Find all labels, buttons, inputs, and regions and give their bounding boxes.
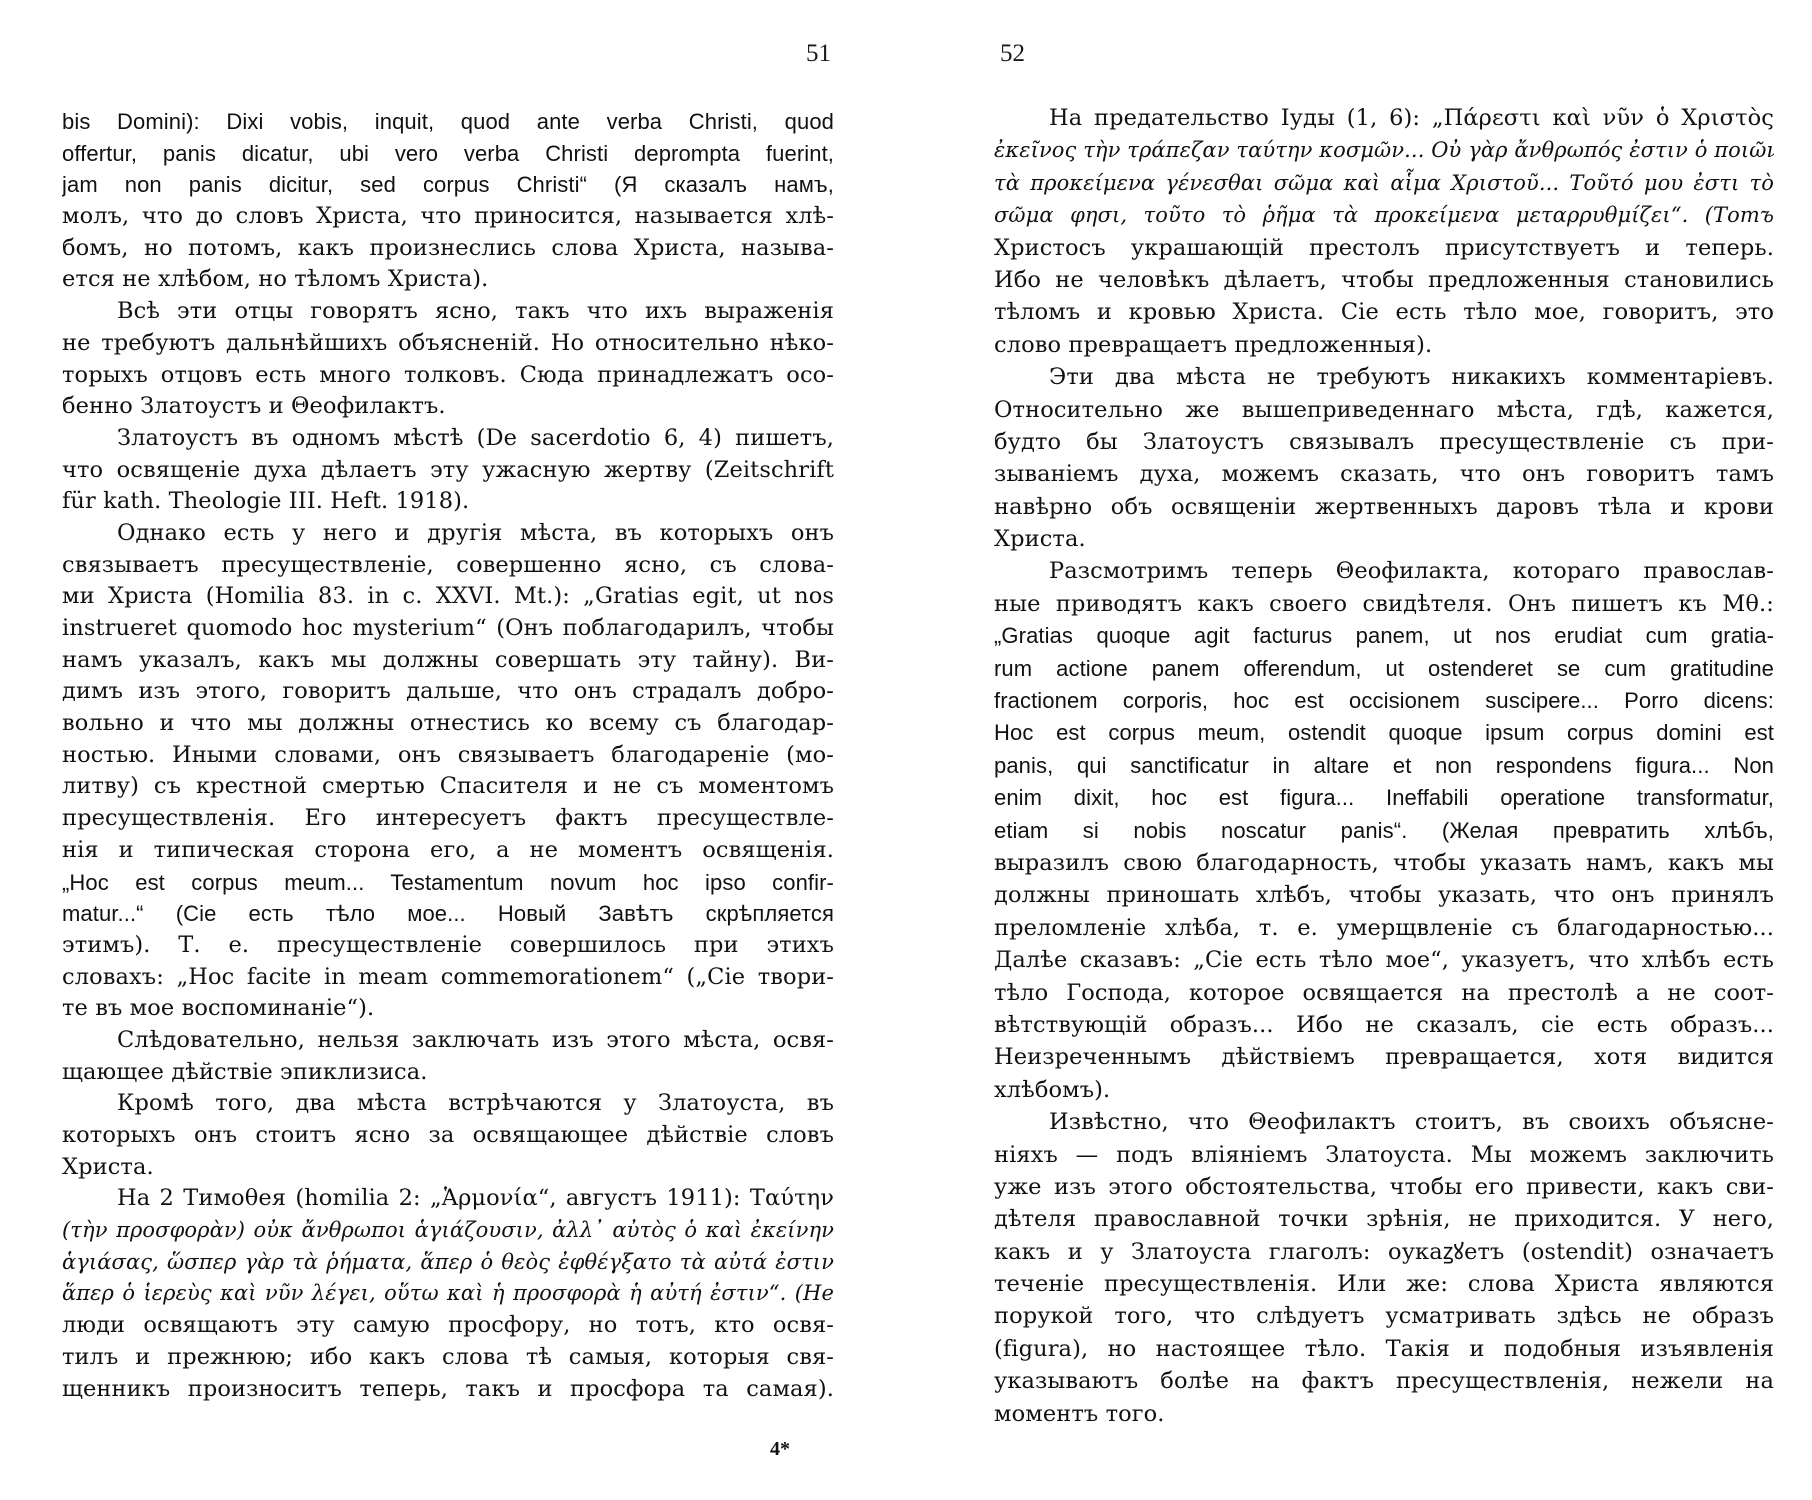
text-line: rum actione panem offerendum, ut ostende… [994, 653, 1774, 685]
text-line: будто бы Златоустъ связывалъ пресуществл… [994, 426, 1774, 458]
text-line: тѣло Господа, которое освящается на прес… [994, 977, 1774, 1009]
text-line: enim dixit, hoc est figura... Ineffabili… [994, 782, 1774, 814]
text-line: На предательство Іуды (1, 6): „Πάρεστι κ… [994, 102, 1774, 134]
text-line: Кромѣ того, два мѣста встрѣчаются у Злат… [62, 1088, 834, 1120]
text-line: τὰ προκείμενα γένεσθαι σῶμα καὶ αἷμα Χρι… [994, 167, 1774, 199]
text-line: jam non panis dicitur, sed corpus Christ… [62, 169, 834, 201]
text-line: те въ мое воспоминаніе“). [62, 993, 834, 1025]
text-line: дѣтеля православной точки зрѣнія, не при… [994, 1203, 1774, 1235]
text-line: für kath. Theologie III. Heft. 1918). [62, 486, 834, 518]
text-line: моментъ того. [994, 1398, 1774, 1430]
right-page-text: На предательство Іуды (1, 6): „Πάρεστι κ… [994, 102, 1774, 1430]
text-line: panis, qui sanctificatur in altare et no… [994, 750, 1774, 782]
text-line: намъ указалъ, какъ мы должны совершать э… [62, 645, 834, 677]
text-line: ніяхъ — подъ вліяніемъ Златоуста. Мы мож… [994, 1139, 1774, 1171]
text-line: слово превращаетъ предложенныя). [994, 329, 1774, 361]
text-line: хлѣбомъ). [994, 1074, 1774, 1106]
page-number-left: 51 [806, 40, 831, 68]
text-line: ется не хлѣбом, но тѣломъ Христа). [62, 264, 834, 296]
text-line: навѣрно объ освященіи жертвенныхъ даровъ… [994, 491, 1774, 523]
text-line: пресуществленія. Его интересуетъ фактъ п… [62, 803, 834, 835]
text-line: тѣломъ и кровью Христа. Сіе есть тѣло мо… [994, 296, 1774, 328]
text-line: преломленіе хлѣба, т. е. умерщвленіе съ … [994, 912, 1774, 944]
text-line: бомъ, но потомъ, какъ произнеслись слова… [62, 233, 834, 265]
text-line: нія и типическая сторона его, а не момен… [62, 835, 834, 867]
text-line: Христосъ украшающій престолъ присутствуе… [994, 232, 1774, 264]
text-line: вѣтствующій образъ... Ибо не сказалъ, сі… [994, 1009, 1774, 1041]
text-line: Всѣ эти отцы говорятъ ясно, такъ что ихъ… [62, 296, 834, 328]
text-line: Относительно же вышеприведеннаго мѣста, … [994, 394, 1774, 426]
text-line: Hoc est corpus meum, ostendit quoque ips… [994, 717, 1774, 749]
text-line: люди освящаютъ эту самую просфору, но то… [62, 1310, 834, 1342]
text-line: (figura), но настоящее тѣло. Такія и под… [994, 1333, 1774, 1365]
text-line: Ибо не человѣкъ дѣлаетъ, чтобы предложен… [994, 264, 1774, 296]
text-line: ἁγιάσας, ὥσπερ γὰρ τὰ ῥήματα, ἅπερ ὁ θεὸ… [62, 1247, 834, 1279]
text-line: etiam si nobis noscatur panis“. (Желая п… [994, 815, 1774, 847]
text-line: offertur, panis dicatur, ubi vero verba … [62, 138, 834, 170]
text-line: торыхъ отцовъ есть много толковъ. Сюда п… [62, 360, 834, 392]
text-line: что освященіе духа дѣлаетъ эту ужасную ж… [62, 455, 834, 487]
text-line: Разсмотримъ теперь Θеофилакта, котораго … [994, 555, 1774, 587]
text-line: которыхъ онъ стоитъ ясно за освящающее д… [62, 1120, 834, 1152]
text-line: „Gratias quoque agit facturus panem, ut … [994, 620, 1774, 652]
text-line: fractionem corporis, hoc est occisionem … [994, 685, 1774, 717]
text-line: щенникъ произноситъ теперь, такъ и просф… [62, 1374, 834, 1406]
text-line: Эти два мѣста не требуютъ никакихъ комме… [994, 361, 1774, 393]
text-line: ἅπερ ὁ ἱερεὺς καὶ νῦν λέγει, οὕτω καὶ ἡ … [62, 1278, 834, 1310]
left-page-text: bis Domini): Dixi vobis, inquit, quod an… [62, 106, 834, 1405]
text-line: димъ изъ этого, говоритъ дальше, что онъ… [62, 676, 834, 708]
text-line: какъ и у Златоуста глаголъ: оукаꙁꙋетъ (o… [994, 1236, 1774, 1268]
text-line: ные приводятъ какъ своего свидѣтеля. Онъ… [994, 588, 1774, 620]
text-line: ми Христа (Homilia 83. in c. XXVI. Mt.):… [62, 581, 834, 613]
text-line: Златоустъ въ одномъ мѣстѣ (De sacerdotio… [62, 423, 834, 455]
text-line: словахъ: „Hoc facite in meam commemorati… [62, 962, 834, 994]
text-line: тилъ и прежнюю; ибо какъ слова тѣ самыя,… [62, 1342, 834, 1374]
text-line: выразилъ свою благодарность, чтобы указа… [994, 847, 1774, 879]
text-line: bis Domini): Dixi vobis, inquit, quod an… [62, 106, 834, 138]
text-line: указываютъ болѣе на фактъ пресуществлені… [994, 1365, 1774, 1397]
text-line: уже изъ этого обстоятельства, чтобы его … [994, 1171, 1774, 1203]
text-line: Неизреченнымъ дѣйствіемъ превращается, х… [994, 1041, 1774, 1073]
text-line: бенно Златоустъ и Θеофилактъ. [62, 391, 834, 423]
text-line: зываніемъ духа, можемъ сказать, что онъ … [994, 458, 1774, 490]
text-line: Христа. [994, 523, 1774, 555]
text-line: instrueret quomodo hoc mysterium“ (Онъ п… [62, 613, 834, 645]
text-line: связываетъ пресуществленіе, совершенно я… [62, 550, 834, 582]
text-line: теченіе пресуществленія. Или же: слова Х… [994, 1268, 1774, 1300]
text-line: Слѣдовательно, нельзя заключать изъ этог… [62, 1025, 834, 1057]
page-number-right: 52 [1000, 40, 1025, 68]
text-line: не требуютъ дальнѣйшихъ объясненій. Но о… [62, 328, 834, 360]
text-line: порукой того, что слѣдуетъ усматривать з… [994, 1300, 1774, 1332]
text-line: щающее дѣйствіе эпиклизиса. [62, 1057, 834, 1089]
text-line: σῶμα φησι, τοῦτο τὸ ῥῆμα τὰ προκείμενα μ… [994, 199, 1774, 231]
text-line: должны приношать хлѣбъ, чтобы указать, ч… [994, 879, 1774, 911]
text-line: Далѣе сказавъ: „Сіе есть тѣло мое“, указ… [994, 944, 1774, 976]
text-line: Однако есть у него и другія мѣста, въ ко… [62, 518, 834, 550]
signature-mark: 4* [770, 1438, 790, 1461]
text-line: молъ, что до словъ Христа, что приноситс… [62, 201, 834, 233]
text-line: этимъ). Т. е. пресуществленіе совершилос… [62, 930, 834, 962]
text-line: На 2 Тимоθея (homilia 2: „Ἁρμονία“, авгу… [62, 1183, 834, 1215]
text-line: matur...“ (Сіе есть тѣло мое... Новый За… [62, 898, 834, 930]
text-line: (τὴν προσφορὰν) οὐκ ἄνθρωποι ἁγιάζουσιν,… [62, 1215, 834, 1247]
text-line: Извѣстно, что Θеофилактъ стоитъ, въ свои… [994, 1106, 1774, 1138]
text-line: литву) съ крестной смертью Спасителя и н… [62, 771, 834, 803]
text-line: Христа. [62, 1152, 834, 1184]
text-line: вольно и что мы должны отнестись ко всем… [62, 708, 834, 740]
text-line: „Hoc est corpus meum... Testamentum novu… [62, 867, 834, 899]
text-line: ἐκεῖνος τὴν τράπεζαν ταύτην κοσμῶν... Οὐ… [994, 134, 1774, 166]
text-line: ностью. Иными словами, онъ связываетъ бл… [62, 740, 834, 772]
